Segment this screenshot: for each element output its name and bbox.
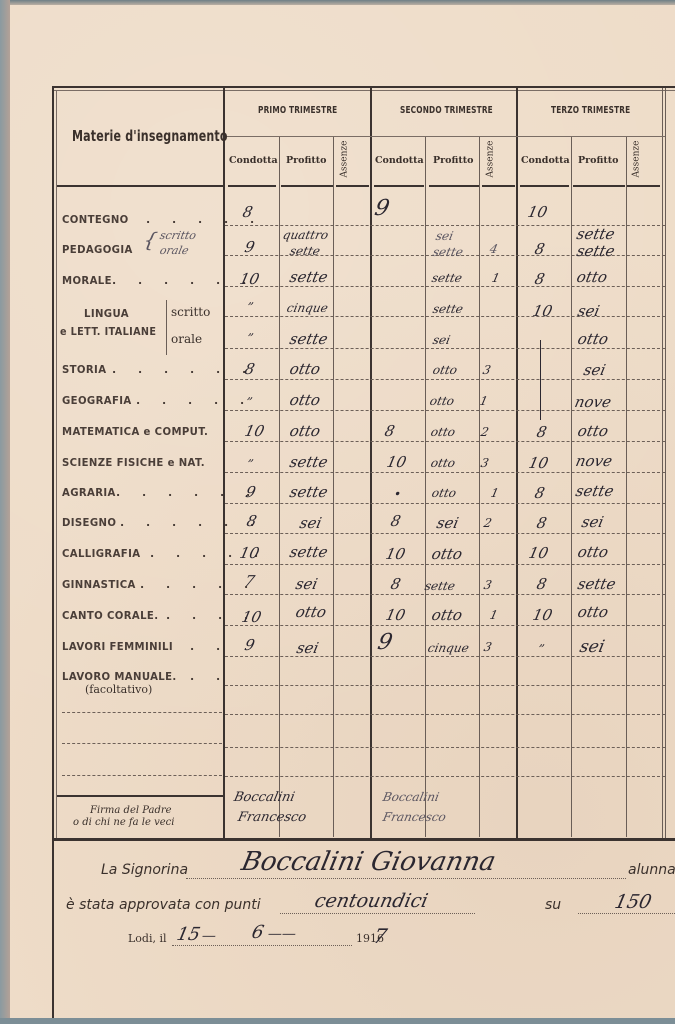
grade-cell: otto xyxy=(430,545,464,563)
grade-cell: otto xyxy=(430,606,464,624)
grade-cell: sei xyxy=(298,514,323,532)
subject-agraria: AGRARIA xyxy=(62,486,116,499)
subject-contegno: CONTEGNO xyxy=(62,213,129,226)
grade-cell: sette xyxy=(288,483,329,501)
date-dash: —— xyxy=(266,926,297,942)
column-profitto-t2: Profitto xyxy=(433,155,474,166)
grade-cell: 10 xyxy=(527,544,550,562)
term-title-primo: PRIMO TRIMESTRE xyxy=(258,105,337,116)
grade-cell: sei xyxy=(435,229,455,243)
grade-cell: 10 xyxy=(243,422,266,440)
grade-cell: sette xyxy=(432,245,465,259)
grade-cell: otto xyxy=(576,422,610,440)
leader-dots: . . . . . xyxy=(140,578,257,591)
grade-cell: sei xyxy=(432,333,452,347)
subject-matematica: MATEMATICA e COMPUT. xyxy=(62,425,208,438)
grade-cell: 10 xyxy=(384,606,407,624)
grade-cell: sei xyxy=(295,639,320,657)
grade-cell: sette xyxy=(432,302,465,316)
leader-dots: . . xyxy=(190,640,229,653)
subject-lavoro-manuale: LAVORO MANUALE. xyxy=(62,670,177,683)
grade-cell: otto xyxy=(288,360,322,378)
column-condotta-t3: Condotta xyxy=(521,155,570,166)
grade-cell: sette xyxy=(288,268,329,286)
place-label: Lodi, il xyxy=(128,932,167,945)
grade-cell: otto xyxy=(576,330,610,348)
grade-cell: cinque xyxy=(286,301,330,315)
subject-calligrafia: CALLIGRAFIA xyxy=(62,547,140,560)
subject-disegno: DISEGNO xyxy=(62,516,116,529)
brace-mark xyxy=(540,340,541,420)
grade-cell: sette xyxy=(576,575,617,593)
grade-cell: sette xyxy=(575,225,616,243)
subject-ginnastica: GINNASTICA xyxy=(62,578,136,591)
grade-cell: cinque xyxy=(427,641,471,655)
grade-cell: 10 xyxy=(238,270,261,288)
date-dotted-line xyxy=(172,945,352,946)
grade-cell: nove xyxy=(574,452,614,470)
subject-pedagogia: PEDAGOGIA xyxy=(62,243,133,256)
total-dotted-line xyxy=(578,913,675,914)
approved-text: è stata approvata con punti xyxy=(66,897,261,913)
subject-lingua-line2: e LETT. ITALIANE xyxy=(60,326,156,338)
grade-cell: sette xyxy=(288,543,329,561)
grade-cell: sei xyxy=(294,575,319,593)
signature-t1-firstname: Francesco xyxy=(236,810,307,825)
term-title-secondo: SECONDO TRIMESTRE xyxy=(400,105,493,116)
lingua-sub-scritto: scritto xyxy=(171,305,210,319)
column-profitto-t1: Profitto xyxy=(286,155,327,166)
signature-label-line2: o di chi ne fa le veci xyxy=(73,817,174,828)
grade-cell: sette xyxy=(424,579,457,593)
grade-cell: 10 xyxy=(531,606,554,624)
column-condotta-t1: Condotta xyxy=(229,155,278,166)
grade-cell: otto xyxy=(288,422,322,440)
grade-cell: sette xyxy=(288,330,329,348)
lingua-sub-orale: orale xyxy=(171,332,202,346)
grade-cell: otto xyxy=(576,603,610,621)
signature-t2-surname: Boccalini xyxy=(382,790,441,804)
grade-cell: otto xyxy=(429,394,456,408)
total-points: 150 xyxy=(613,891,654,913)
term-title-terzo: TERZO TRIMESTRE xyxy=(551,105,630,116)
grade-cell: sette xyxy=(575,242,616,260)
grade-cell: otto xyxy=(431,486,458,500)
leader-dots: . . . . . . xyxy=(112,274,255,287)
grade-cell: 10 xyxy=(526,203,549,221)
grade-cell: sei xyxy=(578,637,606,657)
subject-canto-corale: CANTO CORALE. xyxy=(62,609,158,622)
subject-lavori-femminili: LAVORI FEMMINILI xyxy=(62,640,173,653)
leader-dots: . . . . . . xyxy=(120,516,263,529)
grade-cell: nove xyxy=(573,393,613,411)
pedagogia-note-orale: orale xyxy=(159,244,190,257)
subject-geografia: GEOGRAFIA xyxy=(62,394,132,407)
lavoro-manuale-optional: (facoltativo) xyxy=(85,683,152,696)
column-profitto-t3: Profitto xyxy=(578,155,619,166)
grade-cell: otto xyxy=(432,363,459,377)
signature-t2-firstname: Francesco xyxy=(382,810,448,824)
grade-cell: sette xyxy=(431,271,464,285)
grade-cell: otto xyxy=(294,603,328,621)
grade-cell: sei xyxy=(582,361,607,379)
column-assenze-t1: Assenze xyxy=(339,141,349,178)
grade-cell: 10 xyxy=(384,545,407,563)
grade-cell: 10 xyxy=(240,608,263,626)
column-condotta-t2: Condotta xyxy=(375,155,424,166)
su-label: su xyxy=(545,897,561,913)
signature-t1-surname: Boccalini xyxy=(232,790,296,805)
leader-dots: . . xyxy=(190,670,229,683)
pedagogia-note-scritto: scritto xyxy=(159,229,198,242)
column-assenze-t2: Assenze xyxy=(485,141,495,178)
signature-label-line1: Firma del Padre xyxy=(90,805,172,816)
grade-cell: otto xyxy=(576,543,610,561)
column-assenze-t3: Assenze xyxy=(631,141,641,178)
leader-dots: . . . . . . xyxy=(116,486,259,499)
name-dotted-line xyxy=(186,878,626,879)
points-words: centoundici xyxy=(313,890,430,912)
grade-cell: sette xyxy=(289,244,322,258)
subject-morale: MORALE xyxy=(62,274,112,287)
grade-cell: 10 xyxy=(527,454,550,472)
grade-cell: otto xyxy=(575,268,609,286)
grade-cell: sei xyxy=(435,514,460,532)
subjects-column-title: Materie d'insegnamento xyxy=(72,127,228,145)
subject-lingua-line1: LINGUA xyxy=(84,307,129,320)
grade-cell: 10 xyxy=(385,453,408,471)
grade-cell: sette xyxy=(574,482,615,500)
subject-scienze: SCIENZE FISICHE e NAT. xyxy=(62,456,205,469)
leader-dots: . . . . . . xyxy=(112,363,255,376)
leader-dots: . . . . . xyxy=(136,394,253,407)
footer-prefix: La Signorina xyxy=(101,862,188,878)
student-name: Boccalini Giovanna xyxy=(239,847,499,877)
scan-edge-bottom xyxy=(0,1018,675,1024)
grade-cell: sette xyxy=(288,453,329,471)
grade-cell: 10 xyxy=(531,302,554,320)
grade-cell: otto xyxy=(430,456,457,470)
date-day: 15 xyxy=(175,924,202,945)
grade-cell: otto xyxy=(288,391,322,409)
grade-cell: sei xyxy=(580,513,605,531)
points-dotted-line xyxy=(280,913,475,914)
scan-edge-left xyxy=(0,0,10,1024)
footer-suffix: alunna xyxy=(628,862,675,878)
subject-storia: STORIA xyxy=(62,363,106,376)
grade-cell: sei xyxy=(576,302,601,320)
grade-cell: 10 xyxy=(238,544,261,562)
grade-cell: quattro xyxy=(282,228,330,242)
grade-cell: otto xyxy=(430,425,457,439)
